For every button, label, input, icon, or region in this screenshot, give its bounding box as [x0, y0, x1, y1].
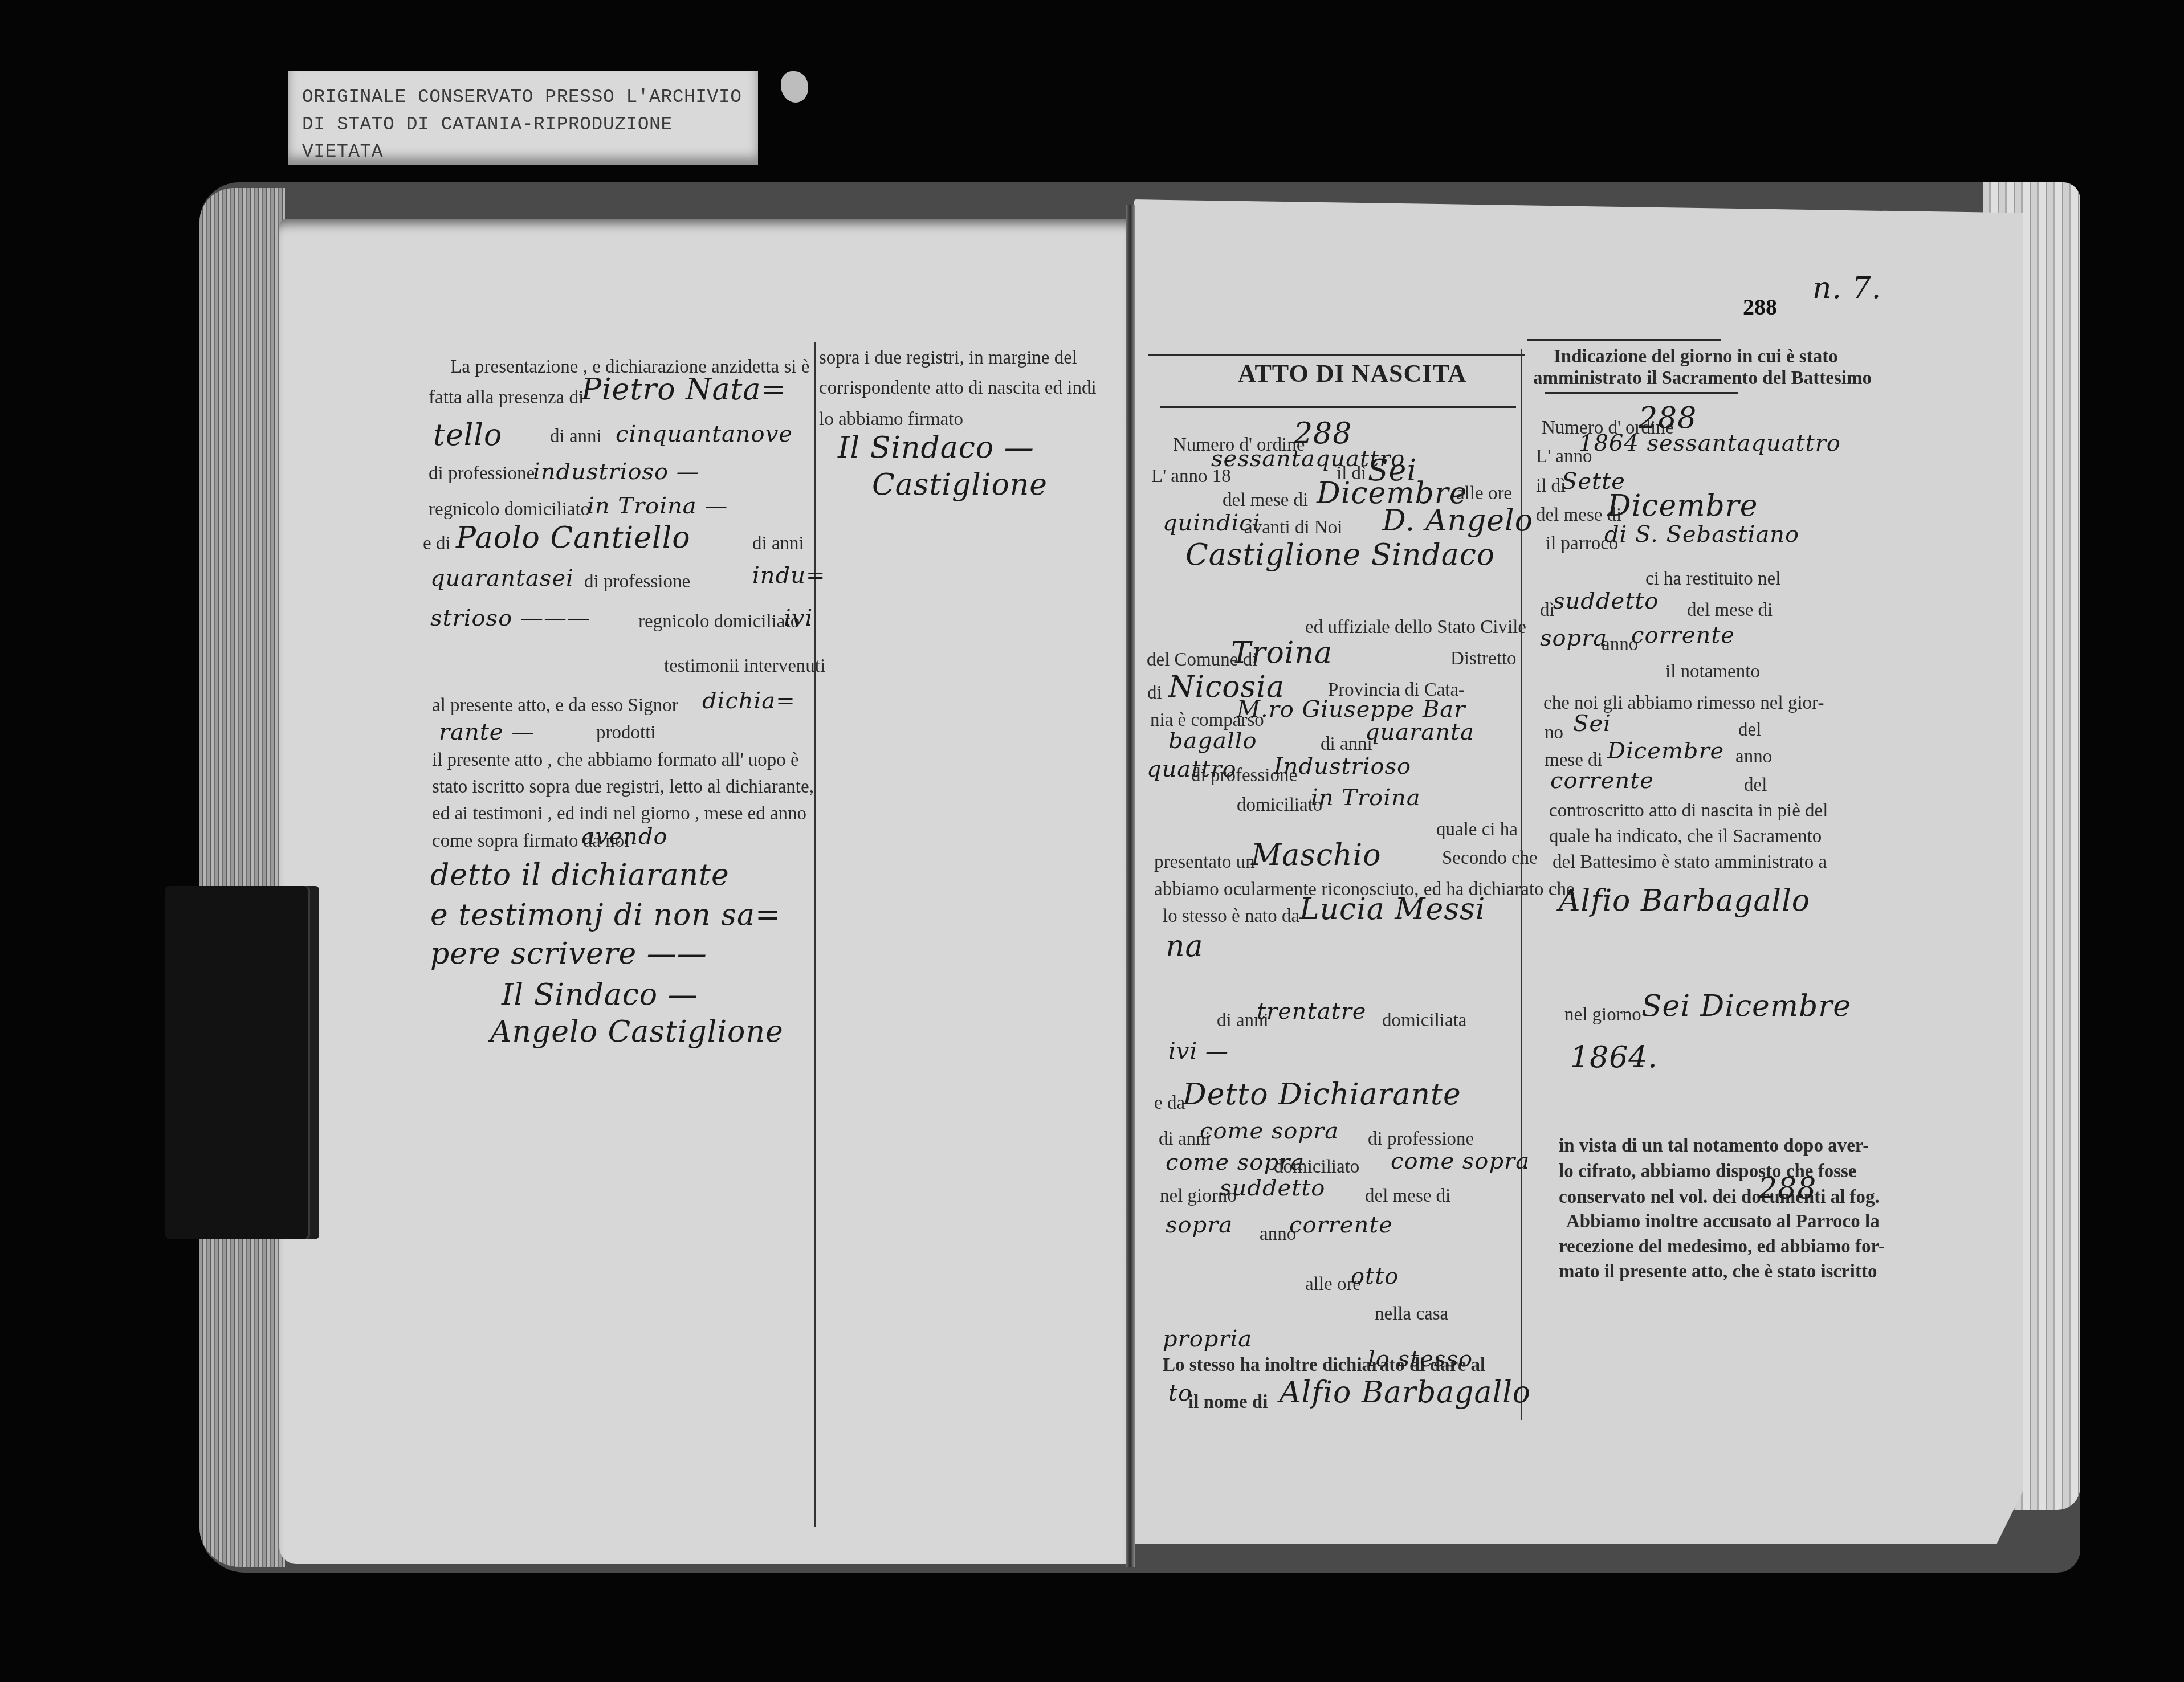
handwritten-declarant-name: M.ro Giuseppe Bar [1237, 698, 1465, 721]
handwritten-officer-cont: Castiglione Sindaco [1185, 540, 1495, 570]
mayor-signature-title: Il Sindaco — [502, 980, 698, 1010]
printed-text: il notamento [1665, 663, 1760, 681]
header-rule [1527, 339, 1721, 341]
printed-text: avanti di Noi [1244, 519, 1342, 537]
handwritten-age2: quarantasei [430, 567, 574, 590]
handwritten-baptism-date: Sei Dicembre [1641, 991, 1851, 1021]
handwritten-act-number: 288 [1639, 403, 1697, 433]
printed-text: lo stesso è nato da [1163, 907, 1299, 926]
handwritten-witness1: Pietro Nata= [581, 375, 787, 405]
handwritten-profession2: indu= [752, 564, 825, 587]
handwritten-father: Detto Dichiarante [1183, 1080, 1461, 1109]
printed-text: domiciliata [1382, 1011, 1466, 1030]
handwritten-father-domicile: come sopra [1391, 1150, 1530, 1173]
handwritten-birth-day: suddetto [1220, 1177, 1325, 1199]
printed-text: di professione [1368, 1130, 1474, 1149]
handwritten-delivered-month: Dicembre [1607, 740, 1724, 762]
printed-text: testimonii intervenuti [664, 657, 825, 676]
printed-text: sopra i due registri, in margine del [819, 349, 1077, 368]
printed-text: fatta alla presenza di [429, 389, 584, 407]
printed-text: quale ci ha [1436, 820, 1518, 839]
handwritten-return-day: suddetto [1553, 590, 1659, 613]
handwritten-birth-hour: otto [1351, 1265, 1399, 1288]
printed-text: anno [1735, 748, 1772, 766]
printed-text: dì [1540, 601, 1555, 620]
mayor-signature-title: Il Sindaco — [838, 433, 1034, 463]
printed-text: ci ha restituito nel [1645, 570, 1780, 589]
handwritten-declarant: dichia= [702, 689, 796, 712]
handwritten-domicile2: ivi [784, 607, 813, 630]
printed-text: corrispondente atto di nascita ed indi [819, 379, 1097, 398]
mayor-signature: Castiglione [872, 470, 1048, 500]
handwritten-note: e testimonj di non sa= [430, 900, 780, 930]
header-rule [1545, 392, 1738, 394]
handwritten-baptism-year: 1864. [1570, 1043, 1658, 1072]
printed-text: al presente atto, e da esso Signor [432, 696, 678, 715]
left-page-column-divider [814, 342, 816, 1527]
baptism-header: Indicazione del giorno in cui è stato [1554, 348, 1838, 366]
printed-text: prodotti [596, 724, 656, 742]
printed-text: di anni [550, 427, 602, 446]
handwritten-baptized-name: Alfio Barbagallo [1559, 886, 1810, 916]
header-rule [1148, 354, 1525, 356]
printed-text: presentato un [1154, 853, 1255, 872]
archive-stamp-label: ORIGINALE CONSERVATO PRESSO L'ARCHIVIO D… [288, 71, 758, 165]
printed-text: il nome di [1188, 1393, 1268, 1412]
printed-text: Secondo che [1442, 849, 1538, 868]
handwritten-witness2: Paolo Cantiello [456, 523, 691, 553]
handwritten-year: 1864 sessantaquattro [1579, 432, 1841, 455]
handwritten-mother-age: trentatre [1257, 1000, 1366, 1023]
handwritten-birth-year: corrente [1289, 1214, 1393, 1236]
printed-text: in vista di un tal notamento dopo aver- [1559, 1137, 1869, 1156]
handwritten-child-name: Alfio Barbagallo [1280, 1378, 1531, 1407]
handwritten-officer: D. Angelo [1382, 506, 1533, 536]
printed-text: regnicolo domiciliato [638, 613, 800, 631]
printed-text: no [1545, 724, 1563, 742]
printed-text: quale ha indicato, che il Sacramento [1549, 827, 1822, 846]
printed-text: di professione [429, 464, 535, 483]
printed-text: del [1744, 776, 1767, 795]
book-left-page-edges [199, 188, 285, 1567]
handwritten-delivered-day: Sei [1573, 712, 1611, 735]
birth-act-title: ATTO DI NASCITA [1238, 359, 1466, 388]
handwritten-witness1-cont: tello [433, 420, 502, 450]
handwritten-birth-month: sopra [1166, 1214, 1233, 1236]
handwritten-mother-domicile: ivi — [1168, 1040, 1229, 1063]
printed-text: regnicolo domiciliato [429, 500, 590, 519]
printed-text: di professione [584, 573, 690, 591]
baptism-header: amministrato il Sacramento del Battesimo [1533, 369, 1872, 388]
handwritten-parish: di S. Sebastiano [1604, 523, 1799, 546]
printed-text: il presente atto , che abbiamo formato a… [432, 751, 799, 770]
handwritten-folio-number: 288 [1758, 1174, 1816, 1203]
paper-fragment [781, 71, 808, 103]
printed-text: del Battesimo è stato amministrato a [1553, 853, 1827, 872]
printed-text: e da [1154, 1094, 1185, 1113]
handwritten-note: avendo [581, 825, 668, 848]
printed-text: alle ore [1456, 484, 1512, 503]
printed-text: ed ai testimoni , ed indi nel giorno , m… [432, 805, 806, 823]
handwritten-month: Dicembre [1607, 491, 1758, 521]
handwritten-note: pere scrivere —— [430, 939, 707, 969]
printed-text: Distretto [1450, 650, 1516, 668]
binding-clip [165, 886, 319, 1239]
printed-text: stato iscritto sopra due registri, letto… [432, 778, 814, 797]
printed-text: di [1147, 684, 1162, 703]
handwritten-mother-name: Lucia Messi [1299, 895, 1485, 924]
mayor-signature: Angelo Castiglione [490, 1017, 784, 1047]
printed-text: controscritto atto di nascita in piè del [1549, 802, 1828, 820]
handwritten-folio-mark: n. 7. [1812, 273, 1881, 303]
printed-text: nel giorno [1564, 1006, 1641, 1024]
printed-text: domiciliato [1274, 1158, 1359, 1177]
archive-stamp-line2: DI STATO DI CATANIA-RIPRODUZIONE VIETATA [288, 111, 758, 166]
handwritten-delivered-year: corrente [1550, 769, 1654, 792]
handwritten-declaration: lo stesso [1368, 1348, 1473, 1370]
printed-text: del [1738, 721, 1761, 740]
handwritten-declarant-profession: Industrioso [1274, 755, 1411, 778]
handwritten-profession1: industrioso — [533, 460, 700, 483]
printed-text: del mese di [1365, 1187, 1450, 1206]
handwritten-sex: Maschio [1251, 840, 1381, 870]
handwritten-declarant-domicile: in Troina [1311, 786, 1421, 809]
handwritten-domicile1: in Troina — [587, 495, 728, 517]
handwritten-father-age: come sopra [1200, 1120, 1339, 1142]
handwritten-profession2-cont: strioso ——— [430, 607, 590, 630]
printed-text: di anni [752, 534, 804, 553]
handwritten-return-year: corrente [1631, 624, 1735, 647]
handwritten-age1: cinquantanove [616, 423, 793, 446]
handwritten-return-month: sopra [1540, 627, 1607, 650]
handwritten-note: detto il dichiarante [430, 860, 730, 890]
page-number: 288 [1743, 293, 1777, 320]
handwritten-declarant-age: quaranta [1365, 721, 1474, 744]
archive-stamp-line1: ORIGINALE CONSERVATO PRESSO L'ARCHIVIO [288, 71, 758, 111]
handwritten-birth-place: propria [1163, 1328, 1252, 1350]
header-rule [1160, 406, 1516, 408]
printed-text: del mese di [1687, 601, 1773, 620]
handwritten-comune: Troina [1231, 638, 1333, 668]
printed-text: mato il presente atto, che è stato iscri… [1559, 1263, 1877, 1281]
printed-text: conservato nel vol. dei documenti al fog… [1559, 1188, 1880, 1207]
book-spine-gutter [1126, 205, 1135, 1567]
printed-text: e di [423, 534, 451, 553]
printed-text: recezione del medesimo, ed abbiamo for- [1559, 1238, 1885, 1256]
printed-text: del mese di [1223, 491, 1308, 510]
handwritten-declarant-name-cont: bagallo [1168, 729, 1257, 752]
printed-text: ed uffiziale dello Stato Civile [1305, 618, 1526, 637]
printed-text: domiciliato [1237, 796, 1322, 815]
printed-text: lo abbiamo firmato [819, 410, 963, 429]
handwritten-declarant-cont: rante — [439, 721, 535, 744]
printed-text: Abbiamo inoltre accusato al Parroco la [1566, 1212, 1880, 1231]
handwritten-act-number: 288 [1294, 419, 1352, 448]
handwritten-mother-name-cont: na [1166, 932, 1204, 961]
printed-text: nella casa [1375, 1305, 1448, 1324]
